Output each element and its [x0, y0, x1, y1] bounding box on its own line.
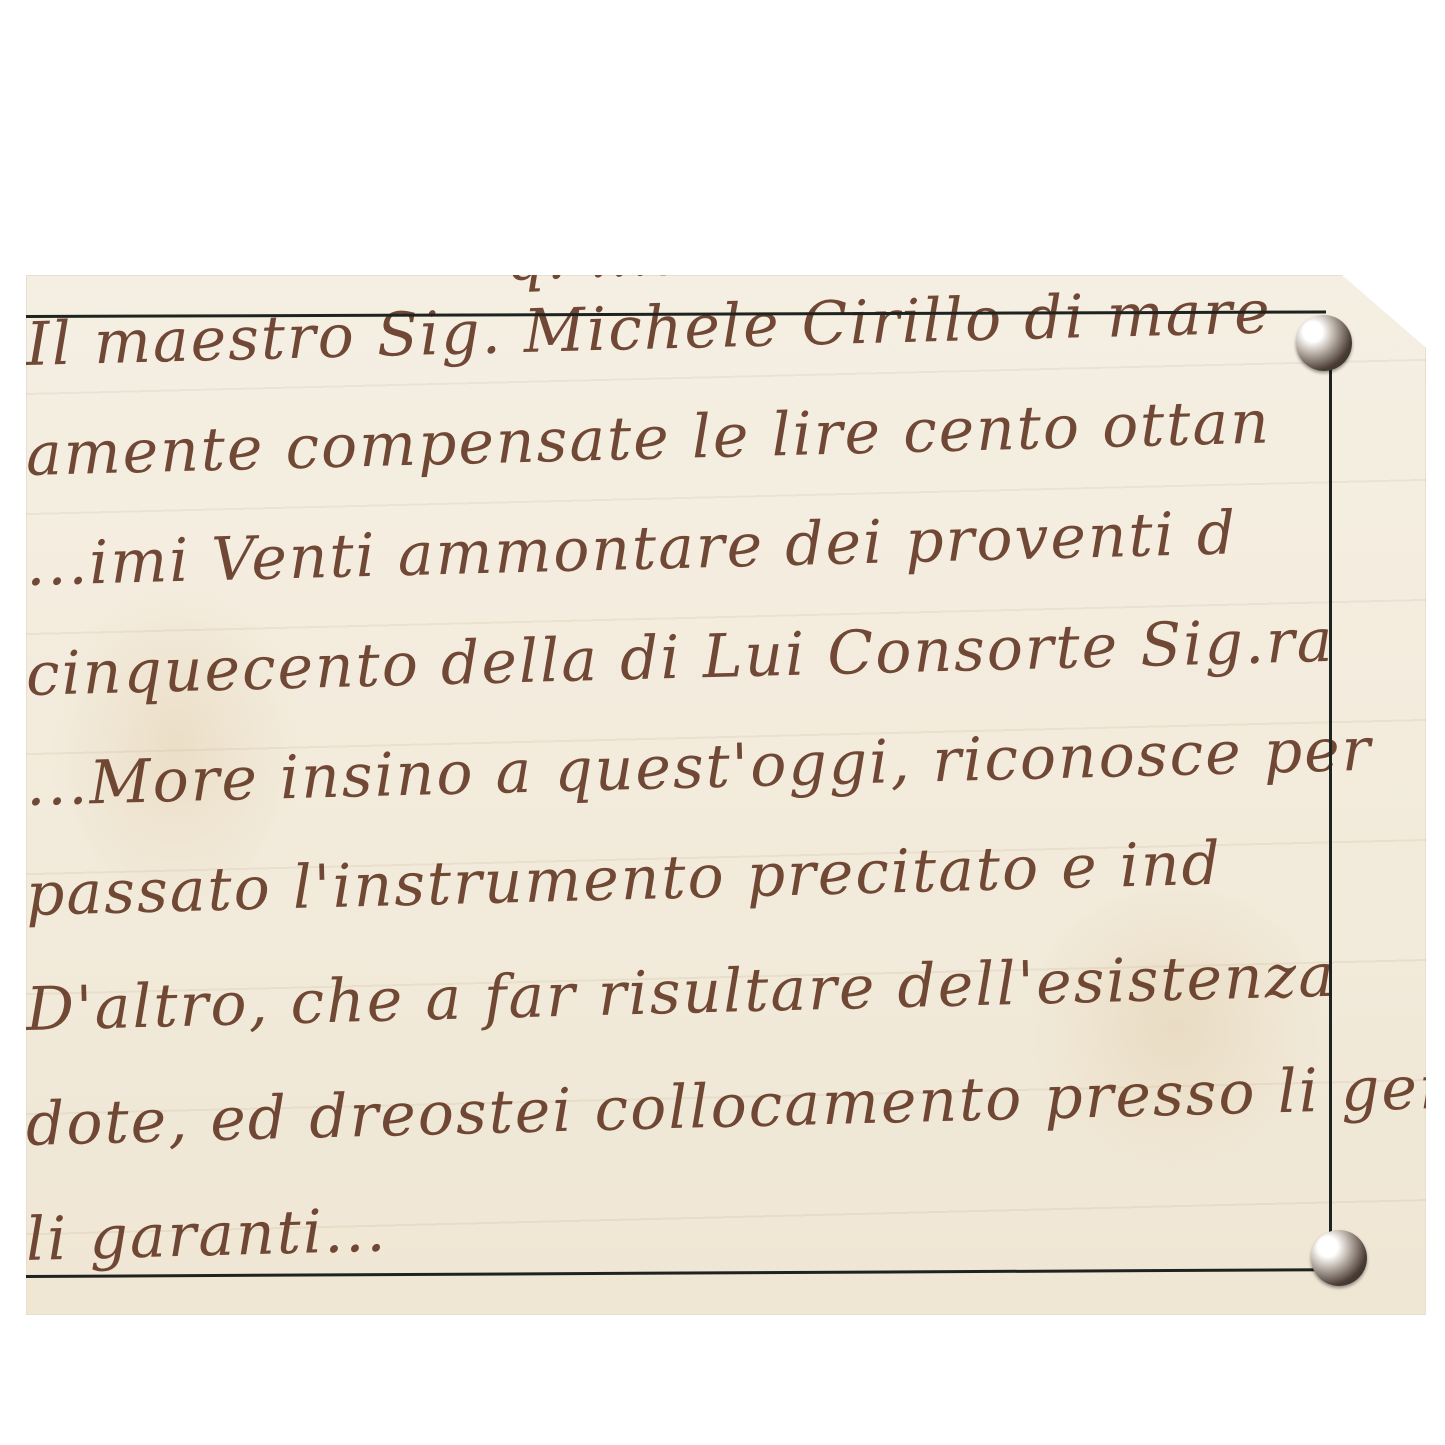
handwriting-line: q. ...strada — [505, 213, 859, 295]
wallet: q. ...strada Il maestro Sig. Michele Cir… — [26, 275, 1426, 1315]
handwriting-line: ...imi Venti ammontare dei proventi d — [25, 498, 1238, 600]
right-stitching — [1329, 330, 1332, 1270]
handwriting-line: Il maestro Sig. Michele Cirillo di mare — [25, 277, 1272, 380]
handwriting-line: amente compensate le lire cento ottan — [25, 387, 1272, 490]
rivet-bottom — [1311, 1230, 1367, 1286]
rivet-top — [1296, 315, 1352, 371]
handwriting-line: li garanti... — [25, 1196, 388, 1275]
